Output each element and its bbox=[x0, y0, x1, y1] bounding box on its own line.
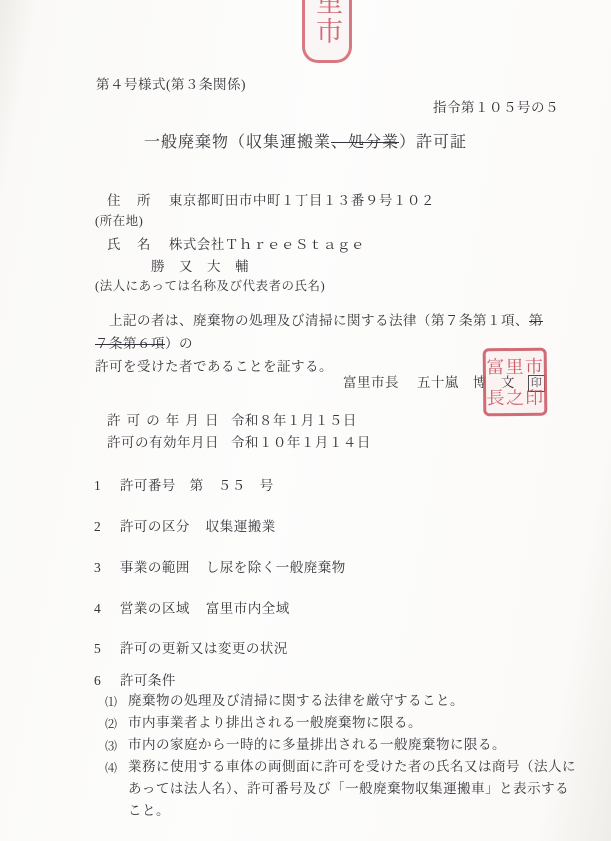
item-operating-area: 4 営業の区域 富里市内全域 bbox=[94, 597, 290, 617]
address-value: 東京都町田市中町１丁目１３番９号１０２ bbox=[169, 193, 435, 208]
expiry-date-value: 令和１０年１月１４日 bbox=[231, 435, 371, 450]
mayor-seal-char: 里 bbox=[505, 351, 525, 382]
item-number: 6 bbox=[94, 673, 116, 689]
paragraph-line1-post: ）の bbox=[165, 336, 193, 351]
item-renewal-status: 5 許可の更新又は変更の状況 bbox=[94, 637, 288, 657]
paragraph-line1-pre: 上記の者は、廃棄物の処理及び清掃に関する法律（第７条第１項、 bbox=[109, 313, 529, 328]
scanned-permit-document: { "document": { "form_number": "第４号様式(第３… bbox=[0, 0, 611, 841]
mayor-seal-char: 長 bbox=[486, 382, 506, 413]
title-post: ）許可証 bbox=[399, 134, 467, 151]
permit-date-value: 令和８年１月１５日 bbox=[231, 413, 357, 428]
condition-3-text: 市内の家庭から一時的に多量排出される一般廃棄物に限る。 bbox=[128, 734, 580, 756]
city-round-seal: 里市 bbox=[302, 0, 352, 63]
mayor-seal-char: 市 bbox=[524, 351, 544, 382]
item-number: 5 bbox=[94, 641, 116, 657]
item-business-scope: 3 事業の範囲 し尿を除く一般廃棄物 bbox=[94, 556, 346, 576]
condition-2-text: 市内事業者より排出される一般廃棄物に限る。 bbox=[128, 712, 580, 734]
mayor-seal-char: 富 bbox=[486, 351, 506, 382]
name-label: 氏名 bbox=[107, 233, 151, 253]
item-value: し尿を除く一般廃棄物 bbox=[206, 560, 346, 575]
mayor-square-seal: 富 里 市 長 之 印 bbox=[483, 348, 548, 417]
item-label: 許可の区分 bbox=[120, 519, 190, 534]
holder-name-line: 氏名 株式会社ＴｈｒｅｅＳｔａｇｅ bbox=[107, 233, 365, 253]
representative-name: 勝 又 大 輔 bbox=[151, 255, 249, 275]
item-number: 4 bbox=[94, 601, 116, 617]
holder-address-line: 住所 東京都町田市中町１丁目１３番９号１０２ bbox=[107, 189, 435, 209]
condition-4-marker: ⑷ bbox=[105, 759, 118, 776]
form-number: 第４号様式(第３条関係) bbox=[96, 73, 246, 93]
name-note: (法人にあっては名称及び代表者の氏名) bbox=[95, 276, 325, 294]
issuer-title: 富里市長 bbox=[343, 375, 399, 390]
directive-number: 指令第１０５号の５ bbox=[433, 96, 559, 116]
item-value: 富里市内全域 bbox=[206, 601, 290, 616]
item-label: 許可番号 bbox=[120, 478, 176, 493]
item-label: 事業の範囲 bbox=[120, 560, 190, 575]
title-struck-text: 、処分業 bbox=[331, 134, 399, 151]
document-title: 一般廃棄物（収集運搬業、処分業）許可証 bbox=[0, 129, 611, 152]
item-label: 営業の区域 bbox=[120, 601, 190, 616]
condition-2-marker: ⑵ bbox=[105, 715, 118, 732]
title-pre: 一般廃棄物（収集運搬業 bbox=[144, 134, 331, 151]
condition-3-marker: ⑶ bbox=[105, 737, 118, 754]
item-value: 収集運搬業 bbox=[206, 519, 276, 534]
mayor-seal-char: 之 bbox=[505, 382, 525, 413]
item-label: 許可の更新又は変更の状況 bbox=[120, 641, 288, 656]
item-number: 3 bbox=[94, 560, 116, 576]
expiry-date-line: 許可の有効年月日 令和１０年１月１４日 bbox=[107, 431, 371, 451]
condition-1-marker: ⑴ bbox=[105, 693, 118, 710]
expiry-date-label: 許可の有効年月日 bbox=[107, 431, 219, 451]
mayor-seal-char: 印 bbox=[525, 382, 545, 413]
item-permit-conditions: 6 許可条件 bbox=[94, 669, 176, 689]
item-label: 許可条件 bbox=[120, 673, 176, 688]
item-value: 第 ５５ 号 bbox=[190, 478, 274, 493]
address-label: 住所 bbox=[107, 189, 151, 209]
item-permit-number: 1 許可番号 第 ５５ 号 bbox=[94, 474, 274, 494]
item-number: 1 bbox=[94, 478, 116, 494]
condition-1-text: 廃棄物の処理及び清掃に関する法律を厳守すること。 bbox=[128, 690, 580, 712]
company-name: 株式会社ＴｈｒｅｅＳｔａｇｅ bbox=[169, 237, 365, 252]
item-permit-category: 2 許可の区分 収集運搬業 bbox=[94, 515, 276, 535]
item-number: 2 bbox=[94, 519, 116, 535]
address-note: (所在地) bbox=[95, 211, 143, 229]
permit-date-line: 許可の年月日 令和８年１月１５日 bbox=[107, 409, 357, 429]
permit-date-label: 許可の年月日 bbox=[107, 409, 219, 429]
condition-4-text: 業務に使用する車体の両側面に許可を受けた者の氏名又は商号（法人にあっては法人名）… bbox=[128, 756, 580, 822]
